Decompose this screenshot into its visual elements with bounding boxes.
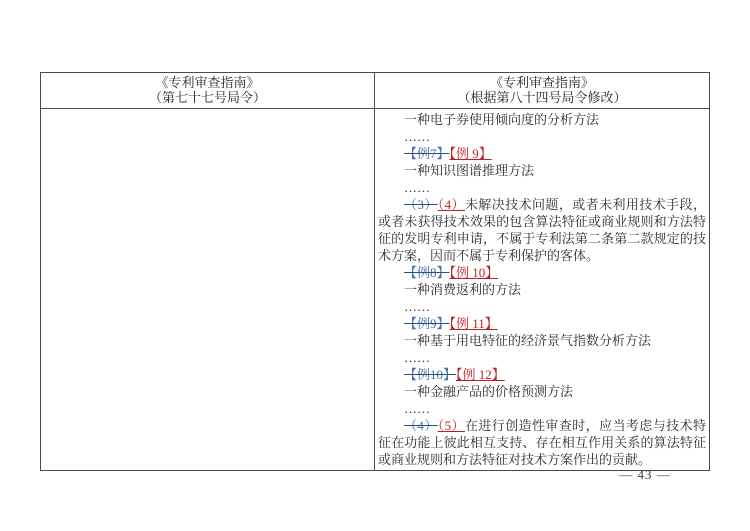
page-number: — 43 — — [614, 467, 676, 483]
deleted-text: 【例9】 — [404, 316, 450, 331]
inserted-text: 【例 9】 — [450, 146, 492, 161]
table-header-row: 《专利审查指南》 （第七十七号局令） 《专利审查指南》 （根据第八十四号局令修改… — [41, 73, 709, 109]
revision-line: 【例10】【例 12】 — [378, 366, 706, 383]
revision-paragraph: （4）（5）在进行创造性审查时，应当考虑与技术特征在功能上彼此相互支持、存在相互… — [378, 417, 706, 468]
deleted-text: （3） — [404, 197, 438, 212]
inserted-text: （4） — [438, 197, 465, 212]
ellipsis-line: …… — [378, 179, 706, 196]
ellipsis-line: …… — [378, 298, 706, 315]
comparison-table: 《专利审查指南》 （第七十七号局令） 《专利审查指南》 （根据第八十四号局令修改… — [40, 72, 710, 471]
ellipsis-line: …… — [378, 349, 706, 366]
paragraph: 一种知识图谱推理方法 — [378, 162, 706, 179]
revision-line: 【例8】【例 10】 — [378, 264, 706, 281]
ellipsis-line: …… — [378, 128, 706, 145]
old-version-subtitle: （第七十七号局令） — [41, 90, 374, 105]
old-version-cell — [41, 109, 375, 470]
revision-line: 【例7】【例 9】 — [378, 145, 706, 162]
ellipsis-line: …… — [378, 400, 706, 417]
new-version-subtitle: （根据第八十四号局令修改） — [375, 90, 709, 105]
paragraph: 一种电子券使用倾向度的分析方法 — [378, 111, 706, 128]
deleted-text: （4） — [404, 418, 438, 433]
inserted-text: 【例 10】 — [450, 265, 499, 280]
old-version-title: 《专利审查指南》 — [41, 75, 374, 90]
new-version-title: 《专利审查指南》 — [375, 75, 709, 90]
header-cell-old-version: 《专利审查指南》 （第七十七号局令） — [41, 73, 375, 108]
inserted-text: （5） — [438, 418, 465, 433]
inserted-text: 【例 12】 — [456, 367, 505, 382]
deleted-text: 【例8】 — [404, 265, 450, 280]
table-body-row: 一种电子券使用倾向度的分析方法 …… 【例7】【例 9】 一种知识图谱推理方法 … — [41, 109, 709, 470]
inserted-text: 【例 11】 — [450, 316, 498, 331]
deleted-text: 【例10】 — [404, 367, 456, 382]
paragraph: 一种消费返利的方法 — [378, 281, 706, 298]
revision-line: 【例9】【例 11】 — [378, 315, 706, 332]
paragraph: 一种基于用电特征的经济景气指数分析方法 — [378, 332, 706, 349]
document-page: 《专利审查指南》 （第七十七号局令） 《专利审查指南》 （根据第八十四号局令修改… — [0, 0, 750, 531]
new-version-cell: 一种电子券使用倾向度的分析方法 …… 【例7】【例 9】 一种知识图谱推理方法 … — [375, 109, 709, 470]
paragraph: 一种金融产品的价格预测方法 — [378, 383, 706, 400]
deleted-text: 【例7】 — [404, 146, 450, 161]
header-cell-new-version: 《专利审查指南》 （根据第八十四号局令修改） — [375, 73, 709, 108]
revision-paragraph: （3）（4）未解决技术问题，或者未利用技术手段，或者未获得技术效果的包含算法特征… — [378, 196, 706, 264]
